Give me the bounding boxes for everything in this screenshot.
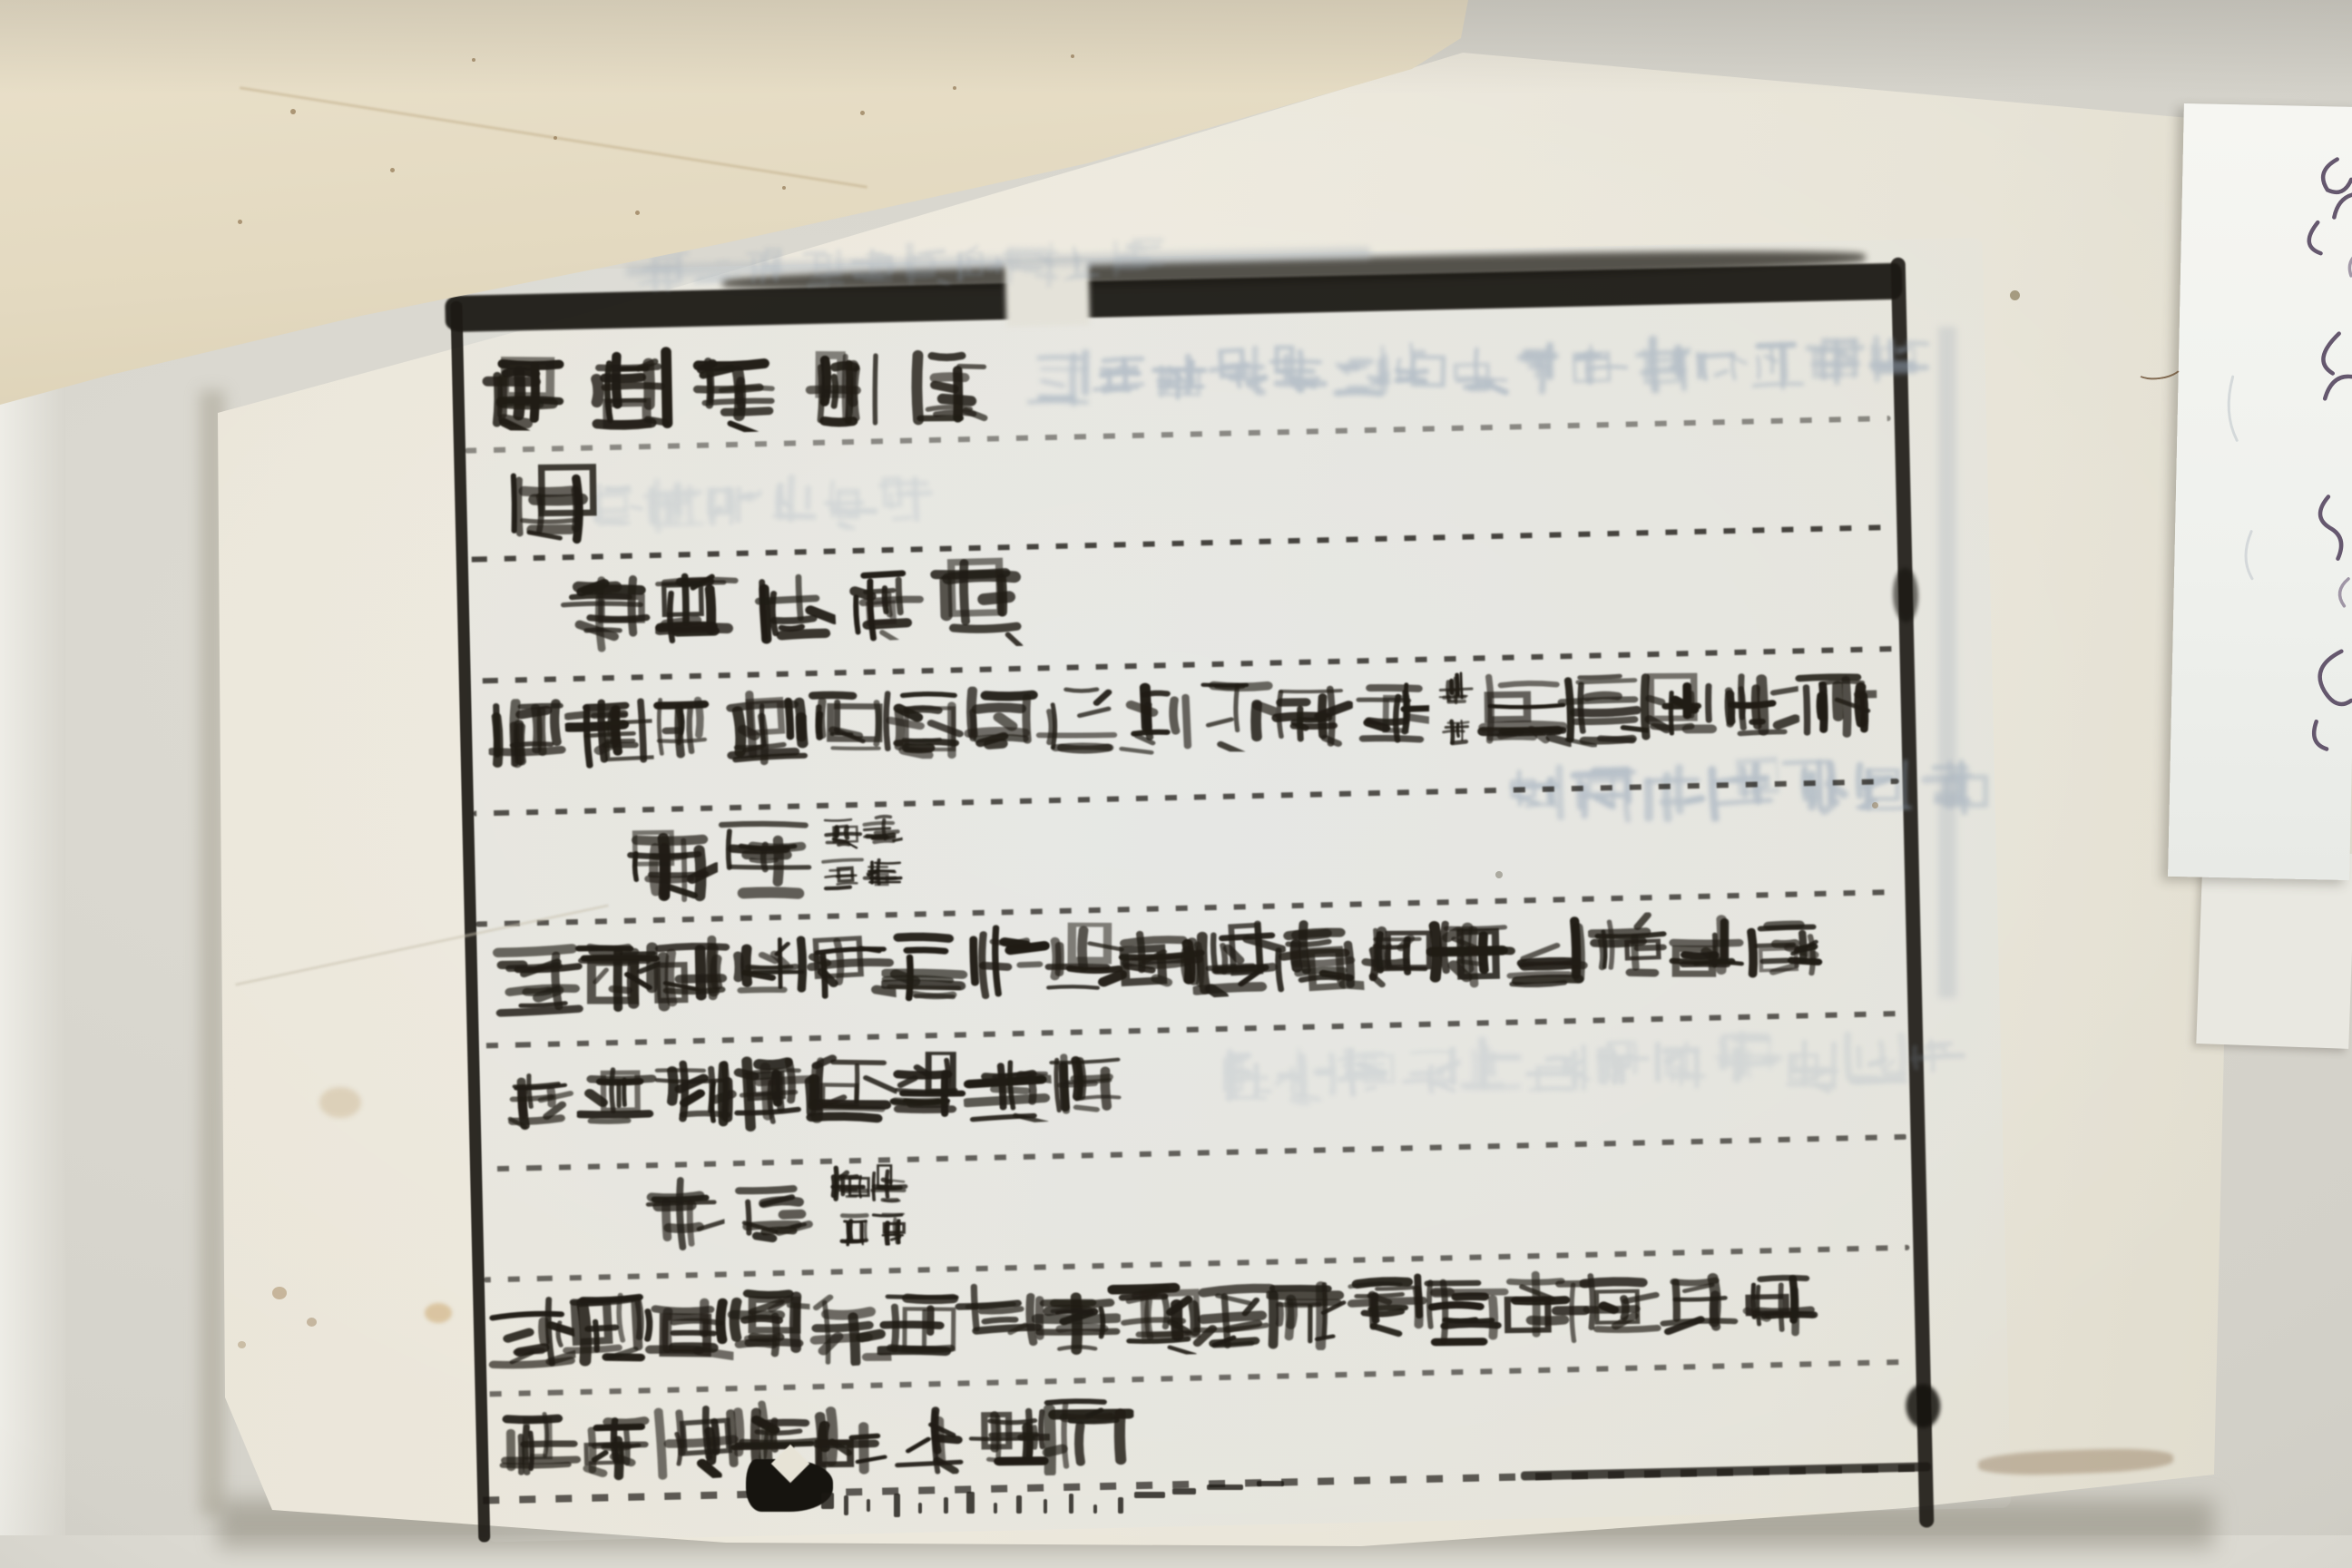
printed-fragment [1093,1504,1097,1514]
interlinear-annotation [832,1164,909,1249]
printed-fragment [918,1503,922,1514]
printed-character [1269,681,1353,751]
bleed-through-character [1775,754,1850,820]
printed-character [1032,681,1122,757]
bleed-through-character [1651,1034,1718,1093]
bleed-through-character [1091,353,1148,404]
bleed-through-character [1842,1029,1909,1088]
printed-fragment [1172,1488,1196,1494]
printed-character [805,1048,897,1126]
foxing-stain [238,220,242,224]
printed-fragment [1016,1495,1022,1514]
printed-character [1498,1268,1591,1345]
printed-character [1189,678,1277,751]
bleed-through-character [1804,328,1870,387]
verse-line [499,895,1822,1026]
printed-character [577,1413,658,1481]
volume-title [478,332,995,446]
printed-character-small [867,1164,911,1204]
printed-character-small [862,856,903,893]
printed-character [634,1173,726,1257]
printed-character [877,1288,964,1359]
printed-character [479,350,566,431]
printed-character [646,935,739,1012]
bleed-through-character [1267,341,1330,397]
ink-blotch [1906,1384,1941,1428]
bleed-through-character [1866,328,1930,386]
printed-character [1666,915,1747,983]
bleed-through-character [1525,1039,1590,1095]
foxing-stain [1071,54,1074,58]
printed-fragment [1118,1497,1123,1514]
foxing-stain [425,1303,452,1323]
foxing-stain [2010,290,2020,300]
foxing-stain [782,186,786,190]
printed-character [1269,916,1365,998]
verse-line [502,1032,1122,1147]
ink-blotch [1892,567,1918,622]
bleed-through-character [1624,334,1692,395]
printed-character [1038,1395,1135,1475]
printed-fragment [894,1494,900,1517]
bleed-through-character [1687,334,1749,388]
printed-text-frame [451,295,1948,1543]
bleed-through-character [703,475,762,526]
bleed-through-character [1337,1043,1398,1097]
printed-character-small [860,808,903,847]
printed-character [487,698,574,771]
printed-fragment [1134,1492,1165,1498]
printed-character [1110,680,1200,756]
bleed-through-text [591,470,933,536]
printed-character [576,1060,658,1128]
printed-character [498,1410,582,1480]
foxing-stain [472,58,475,62]
bleed-through-character [1506,338,1571,395]
printed-character [1348,677,1429,745]
bleed-through-character [1590,1038,1652,1093]
printed-fragment [994,1503,997,1514]
foxing-stain [1872,802,1878,808]
printed-character [1504,912,1597,991]
printed-character [801,690,886,759]
bleed-through-character [1502,764,1572,825]
foxing-stain [290,109,296,114]
printed-fragment [1044,1499,1047,1514]
printed-character [842,563,930,642]
poem-title-jangmi [630,805,908,913]
printed-character [1344,1271,1432,1346]
printed-character [801,349,887,429]
bleed-through-character [1747,337,1808,391]
foxing-stain [554,136,557,140]
poem-title-ihwa [638,1161,916,1269]
bleed-through-character [1847,758,1914,815]
fishtail-fold-mark [746,1459,833,1512]
bleed-through-character [1779,1035,1846,1094]
printed-character-small [828,1164,872,1204]
foxing-stain [953,86,956,90]
foxing-stain [307,1318,317,1327]
photograph-of-woodblock-book: 蓀先生遺稿 [0,0,2352,1568]
bleed-through-line [1938,327,1956,998]
bleed-through-character [1459,1035,1529,1097]
printed-character [504,463,598,550]
printed-character [954,686,1045,762]
bleed-through-text [1211,1025,1967,1107]
printed-character [928,556,1031,649]
printed-fragment [1257,1481,1284,1486]
bleed-through-character [1151,351,1208,400]
bleed-through-character [1570,763,1640,825]
interlinear-annotation [824,808,901,893]
bleed-through-character [878,475,936,525]
bleed-through-character [1401,1045,1461,1098]
printed-character [730,935,811,1004]
paper-slip [2168,103,2352,880]
foxing-stain [272,1287,287,1299]
bleed-through-character [1207,344,1271,401]
printed-character-small [833,1212,871,1247]
printed-fragment [844,1495,848,1515]
printed-character-small [822,813,863,850]
table-highlight-strip [0,345,65,1568]
printed-character [625,821,718,905]
printed-character [888,1052,970,1120]
printed-character [907,345,995,426]
bleed-through-character [1907,1033,1971,1089]
printed-character [1355,923,1436,990]
printed-character [1793,669,1877,740]
bleed-through-character [1327,343,1390,399]
printed-fragment [1069,1494,1073,1514]
verse-line [493,1250,1816,1382]
section-heading [506,452,596,555]
bleed-through-character [1209,1048,1272,1103]
printed-character [563,694,654,771]
printed-character [654,569,744,651]
printed-character [1553,668,1649,748]
printed-fragment [1207,1485,1243,1490]
foxing-stain [860,111,865,115]
printed-character [886,1401,975,1477]
bleed-through-character [1026,349,1092,407]
printed-character [717,687,813,769]
printed-character [647,692,727,760]
frame-bottom-border [1521,1462,1931,1480]
foxing-stain [1495,871,1503,878]
printed-character-small [871,1210,911,1246]
printed-character [961,1047,1054,1126]
printed-character-small [1436,671,1475,705]
printed-character [1636,670,1723,742]
bleed-through-character [1705,754,1781,821]
bleed-through-character [1269,1044,1339,1106]
foxing-stain [390,168,395,172]
bleed-through-character [820,479,878,530]
printed-character [1655,1267,1746,1344]
printed-character [1580,1270,1665,1342]
printed-character [583,346,678,434]
printed-character [691,349,783,434]
printed-character [497,1062,582,1133]
printed-character [748,564,837,645]
foxing-stain [635,211,640,215]
printed-character [1739,1270,1818,1338]
foxing-stain [319,1087,361,1118]
printed-character [1266,1277,1354,1350]
printed-character [1715,668,1800,740]
printed-character [730,1173,817,1251]
poem-title-songjuk [563,550,1021,661]
printed-character-small [821,851,867,893]
bleed-through-text [1033,328,1925,407]
printed-character [1744,912,1825,980]
handwriting-strokes [2168,103,2352,880]
printed-character-small [1437,713,1475,748]
foxing-stain [238,1341,246,1348]
interlinear-annotation [1437,665,1475,749]
printed-fragment [944,1497,948,1514]
bleed-through-character [1447,343,1510,398]
printed-fragment [821,1493,834,1509]
bleed-through-character [762,474,818,524]
bleed-through-character [642,477,708,534]
bleed-through-character [1389,340,1447,392]
printed-fragment [966,1492,975,1514]
printed-character [1044,1047,1126,1116]
printed-character [878,688,964,759]
printed-character [717,814,815,902]
bleed-through-character [1566,339,1631,397]
bleed-through-character [1640,762,1709,823]
printed-fragment [867,1499,870,1512]
printed-character [1587,912,1670,982]
bleed-through-character [1714,1030,1783,1091]
printed-character [557,570,652,656]
